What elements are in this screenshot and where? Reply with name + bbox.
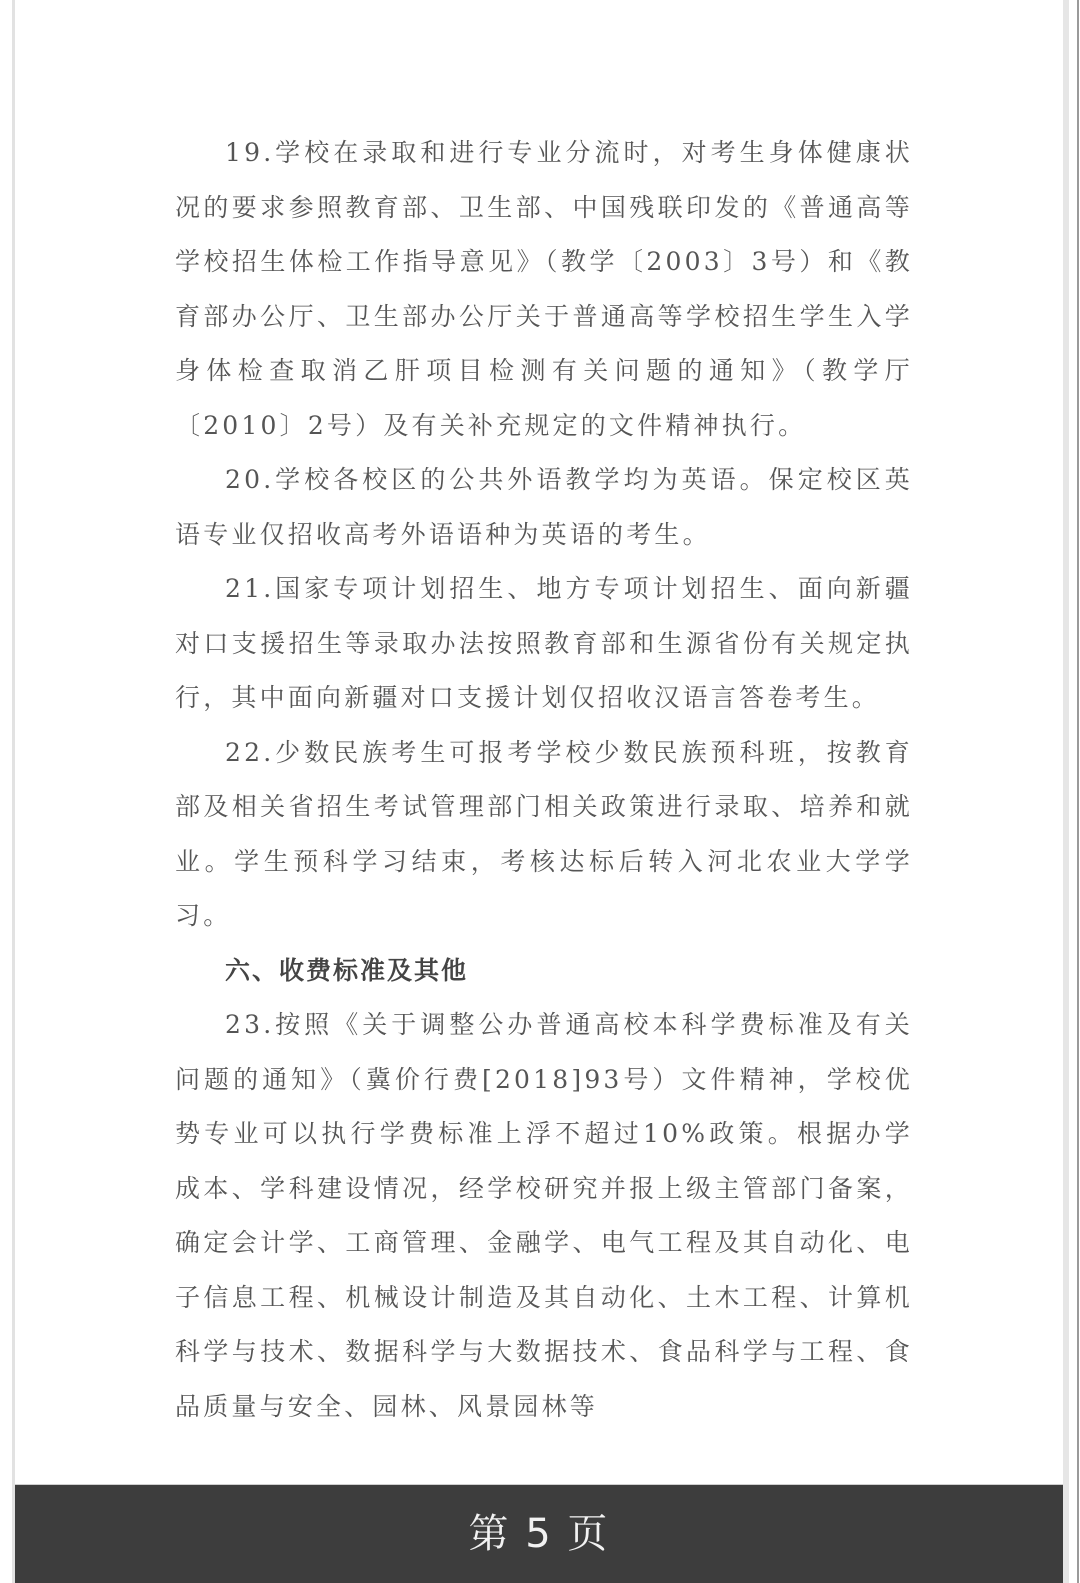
paragraph-item-20: 20.学校各校区的公共外语教学均为英语。保定校区英语专业仅招收高考外语语种为英语…: [175, 453, 913, 562]
paragraph-item-21: 21.国家专项计划招生、地方专项计划招生、面向新疆对口支援招生等录取办法按照教育…: [175, 562, 913, 726]
page-right-edge: [1063, 0, 1069, 1583]
page-number-indicator: 第 5 页: [469, 1502, 610, 1559]
page-footer-bar: 第 5 页: [15, 1484, 1063, 1583]
document-page: 19.学校在录取和进行专业分流时，对考生身体健康状况的要求参照教育部、卫生部、中…: [15, 0, 1063, 1484]
paragraph-item-19: 19.学校在录取和进行专业分流时，对考生身体健康状况的要求参照教育部、卫生部、中…: [175, 126, 913, 453]
section-heading-fees: 六、收费标准及其他: [175, 944, 913, 999]
paragraph-item-23: 23.按照《关于调整公办普通高校本科学费标准及有关问题的通知》（冀价行费[201…: [175, 998, 913, 1434]
document-viewer[interactable]: 19.学校在录取和进行专业分流时，对考生身体健康状况的要求参照教育部、卫生部、中…: [0, 0, 1080, 1583]
scrollbar-track[interactable]: [1077, 0, 1079, 1583]
paragraph-item-22: 22.少数民族考生可报考学校少数民族预科班，按教育部及相关省招生考试管理部门相关…: [175, 726, 913, 944]
page-content: 19.学校在录取和进行专业分流时，对考生身体健康状况的要求参照教育部、卫生部、中…: [175, 126, 913, 1434]
